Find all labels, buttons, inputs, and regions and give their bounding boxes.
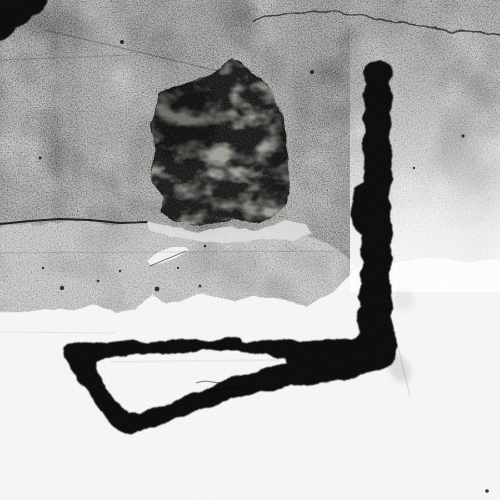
artwork-stage [0, 0, 500, 500]
global-grain [0, 0, 500, 500]
artwork-canvas [0, 0, 500, 500]
